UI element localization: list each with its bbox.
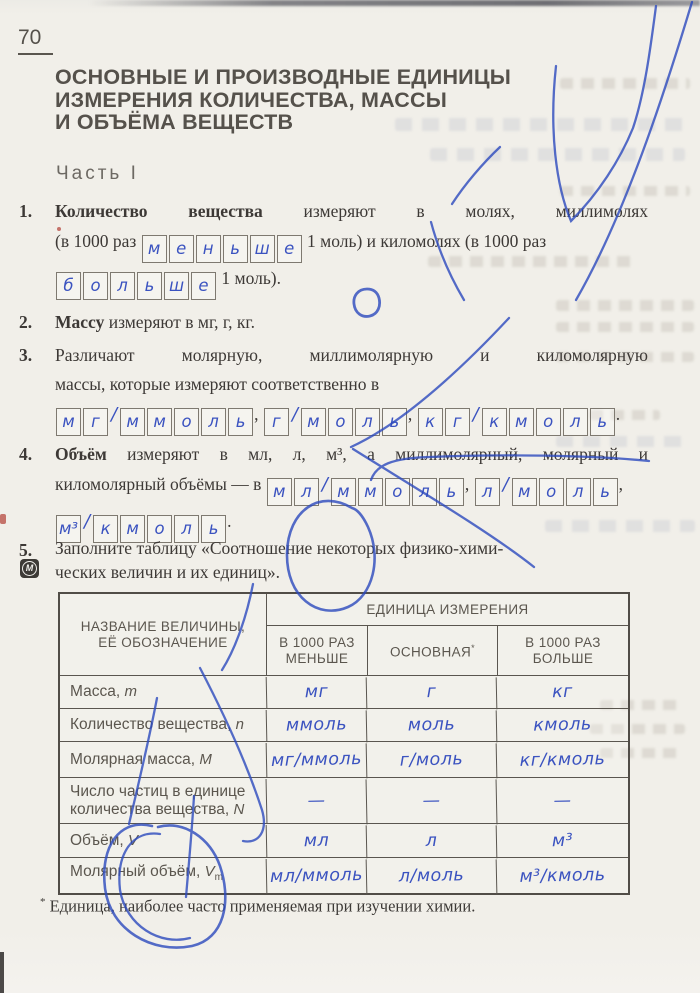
item1-line1: Количество вещества измеряют в молях, ми… <box>55 197 648 226</box>
corner-header-cell: НАЗВАНИЕ ВЕЛИЧИНЫ, ЕЁ ОБОЗНАЧЕНИЕ <box>60 594 266 675</box>
answer-cell[interactable]: м³/кмоль <box>496 857 629 895</box>
title-line-2: ИЗМЕРЕНИЯ КОЛИЧЕСТВА, МАССЫ <box>55 89 615 112</box>
comma: , <box>408 404 412 424</box>
row-label-text: Масса, <box>70 683 120 700</box>
table-row-molar-volume: Молярный объём, Vm мл/ммоль л/моль м³/км… <box>60 857 628 893</box>
answer-letter-box[interactable]: к <box>418 408 443 436</box>
row-label: Масса, m <box>60 676 266 708</box>
answer-letter-box[interactable]: е <box>169 235 194 263</box>
col-header-1000-more: В 1000 РАЗ БОЛЬШЕ <box>497 626 628 675</box>
answer-cell[interactable]: мг <box>266 675 367 709</box>
item1-pre2: (в 1000 раз <box>55 231 136 251</box>
answer-letter-box[interactable]: л <box>355 408 380 436</box>
answer-cell[interactable]: кмоль <box>496 708 629 743</box>
corner-header-line2: ЕЁ ОБОЗНАЧЕНИЕ <box>81 635 245 651</box>
answer-cell[interactable]: г/моль <box>366 741 497 779</box>
answer-letter-box[interactable]: м <box>120 408 145 436</box>
page-number: 70 <box>18 26 53 55</box>
answer-letter-box[interactable]: ь <box>382 408 407 436</box>
row-label-text: Молярная масса, <box>70 751 195 768</box>
item4-lead: Объём <box>55 444 107 464</box>
answer-letter-box[interactable]: н <box>196 235 221 263</box>
row-label-text: Молярный объём, <box>70 863 200 880</box>
answer-letter-box[interactable]: м <box>512 478 537 506</box>
item2-line: Массу измеряют в мг, г, кг. <box>55 308 648 337</box>
answer-cell[interactable]: г <box>366 675 497 710</box>
answer-letter-box[interactable]: л <box>201 408 226 436</box>
comma: , <box>254 404 258 424</box>
answer-cell[interactable]: — <box>266 777 367 824</box>
answer-letter-box[interactable]: м <box>142 235 167 263</box>
col-header-1000-less: В 1000 РАЗ МЕНЬШЕ <box>267 626 367 675</box>
m-letter-icon: М <box>22 561 37 576</box>
answer-letter-box[interactable]: м <box>147 408 172 436</box>
answer-letter-box[interactable]: ш <box>164 272 189 300</box>
item1-line3: больше 1 моль). <box>55 263 648 300</box>
answer-cell[interactable]: кг <box>496 675 629 710</box>
scanned-workbook-page: { "page_number": "70", "title": ["ОСНОВН… <box>0 0 700 993</box>
row-symbol: n <box>236 716 244 733</box>
answer-letter-box[interactable]: о <box>539 478 564 506</box>
item-number: 2. <box>19 308 32 337</box>
answer-letter-box[interactable]: ь <box>590 408 615 436</box>
answer-letter-box[interactable]: е <box>277 235 302 263</box>
answer-letter-box[interactable]: о <box>83 272 108 300</box>
answer-cell[interactable]: моль <box>366 708 497 743</box>
slash-separator: / <box>320 474 330 495</box>
footnote: * Единица, наиболее часто применяемая пр… <box>40 896 475 917</box>
col-base-label: ОСНОВНАЯ <box>390 645 471 660</box>
comma: , <box>465 474 469 494</box>
corner-header-line1: НАЗВАНИЕ ВЕЛИЧИНЫ, <box>81 619 245 635</box>
answer-cell[interactable]: кг/кмоль <box>496 741 629 779</box>
item-number: 4. <box>19 440 32 469</box>
item4-line2-text: киломолярный объёмы — в <box>55 474 261 494</box>
answer-letter-box[interactable]: г <box>83 408 108 436</box>
title-line-3: И ОБЪЁМА ВЕЩЕСТВ <box>55 111 615 134</box>
item1-tail: 1 моль). <box>221 268 281 288</box>
unit-header-cell: ЕДИНИЦА ИЗМЕРЕНИЯ <box>267 594 628 625</box>
asterisk: * <box>471 643 475 653</box>
answer-letter-box[interactable]: ь <box>228 408 253 436</box>
row-label: Молярная масса, M <box>60 742 266 777</box>
table-row-molar-mass: Молярная масса, M мг/ммоль г/моль кг/кмо… <box>60 741 628 777</box>
row-label: Молярный объём, Vm <box>60 858 266 893</box>
comma: , <box>619 474 623 494</box>
task-item-5: 5. Заполните таблицу «Соотношение некото… <box>55 536 648 584</box>
answer-letter-box[interactable]: м <box>358 478 383 506</box>
answer-cell[interactable]: — <box>366 777 497 825</box>
item1-line2: (в 1000 раз меньше 1 моль) и киломолях (… <box>55 226 648 263</box>
row-symbol: m <box>124 683 137 700</box>
item5-line2: ческих величин и их единиц». <box>55 560 648 584</box>
item-number: 3. <box>19 341 32 370</box>
row-label: Объём, V <box>60 824 266 857</box>
answer-cell[interactable]: — <box>496 777 629 825</box>
row-label-text: Число частиц в единице количества вещест… <box>70 783 245 818</box>
item2-lead: Массу <box>55 312 104 332</box>
row-label: Число частиц в единице количества вещест… <box>60 778 266 823</box>
scan-left-edge-mark <box>0 952 4 993</box>
table-row-particles: Число частиц в единице количества вещест… <box>60 777 628 823</box>
answer-cell[interactable]: ммоль <box>266 708 367 742</box>
row-symbol-subscript: m <box>215 873 223 884</box>
task-item-2: 2. Массу измеряют в мг, г, кг. <box>55 308 648 337</box>
methodology-margin-icon: М <box>20 559 39 578</box>
table-row-mass: Масса, m мг г кг <box>60 675 628 708</box>
answer-letter-box[interactable]: о <box>385 478 410 506</box>
scan-top-edge <box>88 0 700 6</box>
row-symbol: V <box>128 832 138 849</box>
item1-lead: Количество вещества <box>55 201 263 221</box>
footnote-asterisk: * <box>40 896 46 908</box>
slash-separator: / <box>290 404 300 425</box>
slash-separator: / <box>82 511 92 532</box>
answer-cell[interactable]: мг/ммоль <box>266 741 367 778</box>
item4-line2: киломолярный объёмы — в мл/ммоль, л/моль… <box>55 469 648 506</box>
answer-letter-box[interactable]: м <box>509 408 534 436</box>
item5-line1: Заполните таблицу «Соотношение некоторых… <box>55 536 648 560</box>
answer-cell[interactable]: л/моль <box>366 857 497 895</box>
col-more-line1: В 1000 РАЗ <box>525 635 601 651</box>
period: . <box>227 511 231 531</box>
period: . <box>616 404 620 424</box>
task-item-3: 3. Различают молярную, миллимолярную и к… <box>55 341 648 436</box>
answer-letter-box[interactable]: ш <box>250 235 275 263</box>
row-symbol: V <box>205 863 215 880</box>
answer-cell[interactable]: л <box>366 823 497 859</box>
answer-letter-box[interactable]: л <box>412 478 437 506</box>
answer-letter-box[interactable]: л <box>475 478 500 506</box>
row-symbol: M <box>199 751 212 768</box>
bleedthrough-line <box>430 148 685 161</box>
answer-letter-box[interactable]: л <box>294 478 319 506</box>
answer-letter-box[interactable]: к <box>482 408 507 436</box>
answer-cell[interactable]: мл/ммоль <box>266 857 367 894</box>
item3-line1: Различают молярную, миллимолярную и кило… <box>55 341 648 370</box>
answer-letter-box[interactable]: г <box>264 408 289 436</box>
answer-letter-box[interactable]: ь <box>593 478 618 506</box>
item3-answers: мг/ммоль, г/моль, кг/кмоль. <box>55 399 648 436</box>
answer-letter-box[interactable]: г <box>445 408 470 436</box>
answer-letter-box[interactable]: о <box>536 408 561 436</box>
slash-separator: / <box>501 474 511 495</box>
title-line-1: ОСНОВНЫЕ И ПРОИЗВОДНЫЕ ЕДИНИЦЫ <box>55 66 615 89</box>
item1-mid2: 1 моль) и киломолях (в 1000 раз <box>307 231 546 251</box>
answer-letter-box[interactable]: о <box>174 408 199 436</box>
bleedthrough-line <box>560 186 690 196</box>
table-row-amount: Количество вещества, n ммоль моль кмоль <box>60 708 628 741</box>
answer-letter-box[interactable]: ь <box>439 478 464 506</box>
answer-letter-box[interactable]: л <box>110 272 135 300</box>
slash-separator: / <box>471 404 481 425</box>
item1-rest: измеряют в молях, миллимолях <box>304 201 648 221</box>
row-symbol: N <box>234 801 245 818</box>
item4-line1: Объём измеряют в мл, л, м³, а миллимоляр… <box>55 440 648 469</box>
task-item-1: 1. Количество вещества измеряют в молях,… <box>55 197 648 300</box>
col-more-line2: БОЛЬШЕ <box>525 651 601 667</box>
row-label-text: Объём, <box>70 832 124 849</box>
item3-line2: массы, которые измеряют соответственно в <box>55 370 648 399</box>
row-label-text: Количество вещества, <box>70 716 231 733</box>
task-item-4: 4. Объём измеряют в мл, л, м³, а миллимо… <box>55 440 648 543</box>
answer-letter-box[interactable]: л <box>563 408 588 436</box>
answer-letter-box[interactable]: ь <box>223 235 248 263</box>
answer-letter-box[interactable]: м <box>301 408 326 436</box>
item2-rest: измеряют в мг, г, кг. <box>109 312 255 332</box>
units-table: НАЗВАНИЕ ВЕЛИЧИНЫ, ЕЁ ОБОЗНАЧЕНИЕ ЕДИНИЦ… <box>58 592 630 895</box>
col-less-line1: В 1000 РАЗ <box>279 635 355 651</box>
row-label: Количество вещества, n <box>60 709 266 741</box>
answer-letter-box[interactable]: е <box>191 272 216 300</box>
answer-letter-box[interactable]: о <box>328 408 353 436</box>
col-header-base: ОСНОВНАЯ* <box>367 626 497 675</box>
answer-letter-box[interactable]: м <box>56 408 81 436</box>
footnote-text: Единица, наиболее часто применяемая при … <box>50 897 476 916</box>
answer-cell[interactable]: мл <box>266 823 367 858</box>
table-header-row: НАЗВАНИЕ ВЕЛИЧИНЫ, ЕЁ ОБОЗНАЧЕНИЕ ЕДИНИЦ… <box>60 594 628 675</box>
page-title: ОСНОВНЫЕ И ПРОИЗВОДНЫЕ ЕДИНИЦЫ ИЗМЕРЕНИЯ… <box>55 66 615 134</box>
answer-cell[interactable]: м³ <box>496 823 629 859</box>
answer-letter-box[interactable]: м <box>267 478 292 506</box>
col-less-line2: МЕНЬШЕ <box>279 651 355 667</box>
item4-rest: измеряют в мл, л, м³, а миллимолярный, м… <box>127 444 648 464</box>
red-edge-mark <box>0 514 6 524</box>
answer-letter-box[interactable]: б <box>56 272 81 300</box>
answer-letter-box[interactable]: м <box>331 478 356 506</box>
section-label: Часть I <box>56 163 139 185</box>
answer-letter-box[interactable]: ь <box>137 272 162 300</box>
table-row-volume: Объём, V мл л м³ <box>60 823 628 857</box>
slash-separator: / <box>109 404 119 425</box>
item-number: 1. <box>19 197 32 226</box>
answer-letter-box[interactable]: л <box>566 478 591 506</box>
